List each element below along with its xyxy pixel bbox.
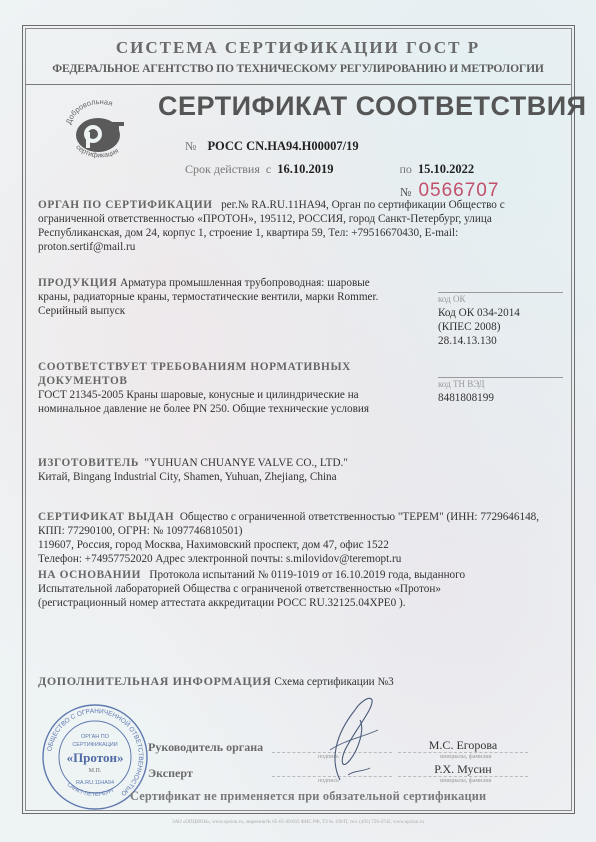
header-separator	[25, 84, 571, 85]
compliance-text: ГОСТ 21345-2005 Краны шаровые, конусные …	[38, 388, 383, 416]
issued-to-label: СЕРТИФИКАТ ВЫДАН	[38, 511, 174, 523]
expert-role: Эксперт	[148, 766, 193, 781]
head-name: М.С. Егорова	[398, 738, 528, 753]
issued-to-line: 119607, Россия, город Москва, Нахимовски…	[38, 538, 558, 552]
issued-to-line: Телефон: +74957752020 Адрес электронной …	[38, 552, 558, 566]
compliance-section: СООТВЕТСТВУЕТ ТРЕБОВАНИЯМ НОРМАТИВНЫХ ДО…	[38, 360, 438, 416]
certificate-title: СЕРТИФИКАТ СООТВЕТСТВИЯ	[158, 91, 587, 122]
basis-line: Протокола испытаний № 0119-1019 от 16.10…	[149, 569, 465, 581]
agency-title: ФЕДЕРАЛЬНОЕ АГЕНТСТВО ПО ТЕХНИЧЕСКОМУ РЕ…	[25, 62, 571, 75]
svg-text:«Протон»: «Протон»	[67, 750, 124, 765]
system-title: СИСТЕМА СЕРТИФИКАЦИИ ГОСТ Р	[25, 38, 571, 58]
product-code-line: (КПЕС 2008)	[438, 320, 563, 334]
basis-label: НА ОСНОВАНИИ	[38, 569, 141, 581]
from-label: с	[266, 162, 271, 176]
tn-ved-code: 8481808199	[438, 391, 563, 405]
product-label: ПРОДУКЦИЯ	[38, 277, 117, 289]
issued-to-section: СЕРТИФИКАТ ВЫДАН Общество с ограниченной…	[38, 510, 558, 566]
handwritten-signature-icon	[300, 690, 390, 790]
manufacturer-section: ИЗГОТОВИТЕЛЬ "YUHUAN CHUANYE VALVE CO., …	[38, 456, 538, 484]
issued-to-line: Общество с ограниченной ответственностью…	[180, 511, 539, 523]
certification-body-section: ОРГАН ПО СЕРТИФИКАЦИИ рег.№ RA.RU.11НА94…	[38, 198, 558, 254]
valid-to: 15.10.2022	[418, 162, 474, 176]
validity-line: Срок действия с 16.10.2019 по 15.10.2022	[185, 162, 474, 177]
basis-line: (регистрационный номер аттестата аккреди…	[38, 596, 558, 610]
expert-name-caption: инициалы, фамилия	[440, 778, 491, 784]
serial-label: №	[400, 185, 411, 199]
basis-line: Испытательной лабораторией Общества с ог…	[38, 582, 558, 596]
validity-label: Срок действия	[185, 162, 260, 176]
expert-name-line	[398, 776, 528, 777]
basis-section: НА ОСНОВАНИИ Протокола испытаний № 0119-…	[38, 568, 558, 610]
tn-ved-caption: код ТН ВЭД	[438, 378, 563, 391]
product-code-line: 28.14.13.130	[438, 334, 563, 348]
svg-text:М.П.: М.П.	[89, 768, 102, 774]
manufacturer-label: ИЗГОТОВИТЕЛЬ	[38, 457, 139, 469]
valid-from: 16.10.2019	[277, 162, 333, 176]
issued-to-line: КПП: 77290100, ОГРН: № 1097746810501)	[38, 524, 558, 538]
compliance-label: СООТВЕТСТВУЕТ ТРЕБОВАНИЯМ НОРМАТИВНЫХ ДО…	[38, 360, 438, 388]
expert-name: Р.Х. Мусин	[398, 762, 528, 777]
svg-text:СЕРТИФИКАЦИИ: СЕРТИФИКАЦИИ	[72, 742, 117, 748]
additional-info-section: ДОПОЛНИТЕЛЬНАЯ ИНФОРМАЦИЯ Схема сертифик…	[38, 674, 538, 689]
footer-note: Сертификат не применяется при обязательн…	[130, 789, 486, 804]
certificate-number: РОСС CN.НА94.Н00007/19	[207, 139, 358, 153]
svg-text:ОРГАН ПО: ОРГАН ПО	[81, 734, 110, 740]
product-code-line: Код ОК 034-2014	[438, 306, 563, 320]
number-label: №	[185, 139, 196, 153]
certificate-number-line: № РОСС CN.НА94.Н00007/19	[185, 139, 359, 154]
product-code-box: код ОК Код ОК 034-2014 (КПЕС 2008) 28.14…	[438, 292, 563, 348]
rst-logo-icon: Добровольная сертификация	[60, 98, 140, 168]
head-role: Руководитель органа	[148, 740, 263, 755]
head-name-caption: инициалы, фамилия	[440, 754, 491, 760]
printer-line: ЗАО «ОПЦИОН», www.opcion.ru, лицензия № …	[0, 820, 596, 825]
to-label: по	[399, 162, 411, 176]
product-code-caption: код ОК	[438, 293, 563, 306]
svg-text:RA.RU.11НА94: RA.RU.11НА94	[76, 780, 114, 786]
tn-ved-code-box: код ТН ВЭД 8481808199	[438, 377, 563, 405]
manufacturer-address: Китай, Bingang Industrial City, Shamen, …	[38, 470, 538, 484]
head-name-line	[398, 752, 528, 753]
manufacturer-name: "YUHUAN CHUANYE VALVE CO., LTD."	[145, 457, 348, 469]
product-section: ПРОДУКЦИЯ Арматура промышленная трубопро…	[38, 276, 383, 318]
additional-info-label: ДОПОЛНИТЕЛЬНАЯ ИНФОРМАЦИЯ	[38, 674, 272, 688]
certification-body-label: ОРГАН ПО СЕРТИФИКАЦИИ	[38, 199, 213, 211]
additional-info-text: Схема сертификации №3	[274, 676, 393, 688]
